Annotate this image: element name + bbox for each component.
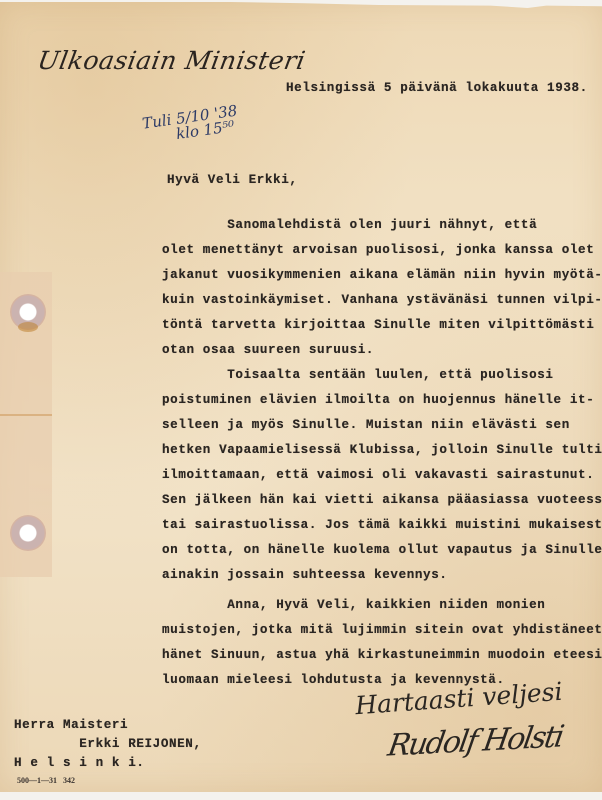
body-line: selleen ja myös Sinulle. Muistan niin el… <box>162 418 570 432</box>
form-code: 500—1—31 342 <box>17 776 75 785</box>
handwritten-receipt-note: Tuli 5/10 '38 klo 15⁵⁰ <box>141 103 240 146</box>
body-line: Sen jälkeen hän kai vietti aikansa pääas… <box>162 493 602 507</box>
body-line: hänet Sinuun, astua yhä kirkastuneimmin … <box>162 648 602 662</box>
body-line: on totta, on hänelle kuolema ollut vapau… <box>162 543 602 557</box>
recipient-address-line2: Erkki REIJONEN, <box>14 737 202 751</box>
fold-crease <box>0 414 52 416</box>
body-line: hetken Vapaamielisessä Klubissa, jolloin… <box>162 443 602 457</box>
binding-strip <box>0 272 52 577</box>
recipient-address-line1: Herra Maisteri <box>14 718 128 732</box>
body-line: töntä tarvetta kirjoittaa Sinulle miten … <box>162 318 594 332</box>
body-line: tai sairastuolissa. Jos tämä kaikki muis… <box>162 518 602 532</box>
rust-stain <box>18 322 38 332</box>
body-line: Toisaalta sentään luulen, että puolisosi <box>162 368 554 382</box>
body-line: jakanut vuosikymmenien aikana elämän nii… <box>162 268 602 282</box>
body-line: Sanomalehdistä olen juuri nähnyt, että <box>162 218 537 232</box>
punch-hole-icon <box>10 515 46 551</box>
letterhead: Ulkoasiain Ministeri <box>35 46 307 75</box>
body-line: otan osaa suureen suruusi. <box>162 343 374 357</box>
body-line: kuin vastoinkäymiset. Vanhana ystävänäsi… <box>162 293 602 307</box>
salutation: Hyvä Veli Erkki, <box>167 173 298 187</box>
torn-top-edge <box>230 2 602 8</box>
body-line: Anna, Hyvä Veli, kaikkien niiden monien <box>162 598 545 612</box>
dateline: Helsingissä 5 päivänä lokakuuta 1938. <box>286 81 588 95</box>
body-line: ilmoittamaan, että vaimosi oli vakavasti… <box>162 468 594 482</box>
signature: Rudolf Holsti <box>385 719 565 763</box>
body-line: ainakin jossain suhteessa kevennys. <box>162 568 448 582</box>
body-line: muistojen, jotka mitä lujimmin sitein ov… <box>162 623 602 637</box>
body-line: poistuminen elävien ilmoilta on huojennu… <box>162 393 594 407</box>
body-line: olet menettänyt arvoisan puolisosi, jonk… <box>162 243 594 257</box>
recipient-address-line3: H e l s i n k i. <box>14 756 145 770</box>
letter-sheet: Ulkoasiain Ministeri Helsingissä 5 päivä… <box>0 2 602 792</box>
